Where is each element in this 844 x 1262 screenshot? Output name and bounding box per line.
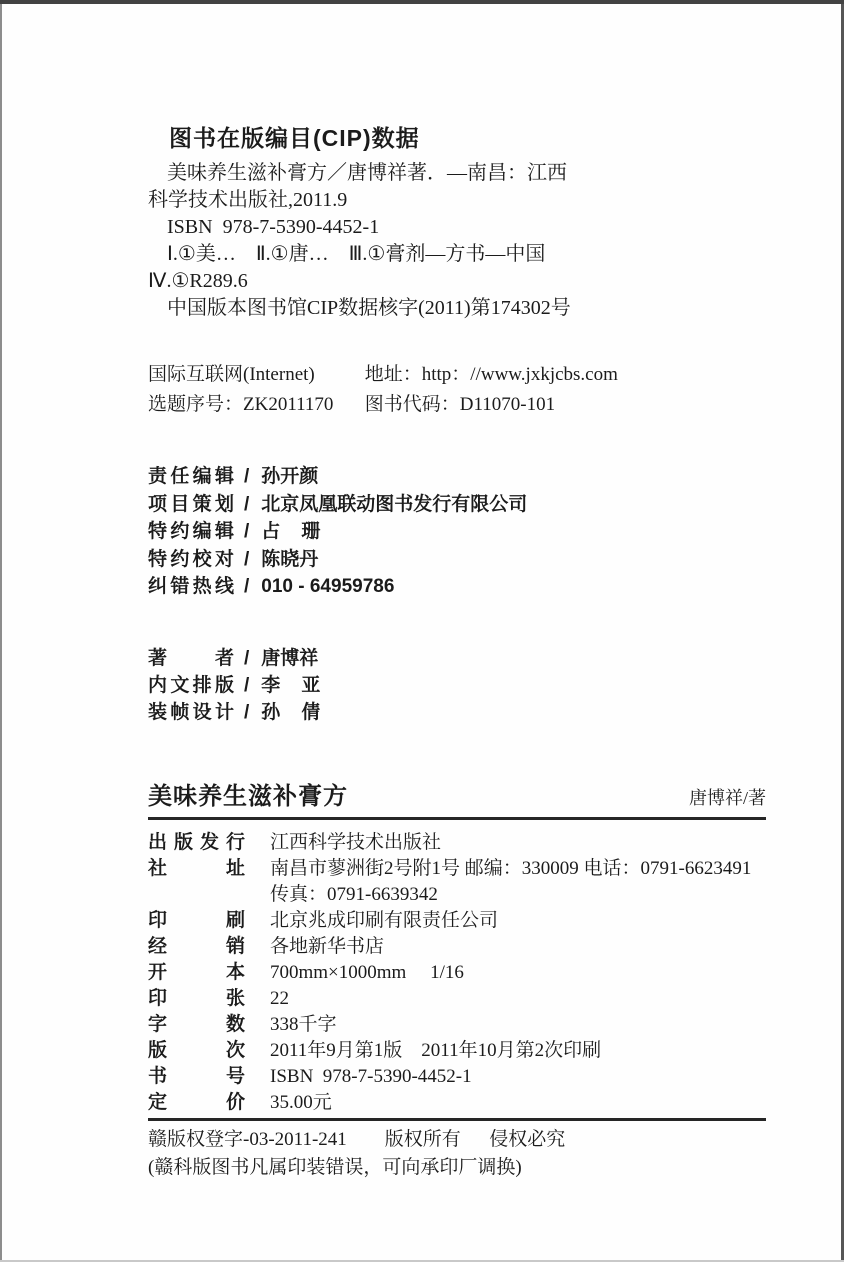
staff-value: 010 - 64959786 xyxy=(261,573,394,601)
cip-heading: 图书在版编目(CIP)数据 xyxy=(148,120,766,153)
cip-line: 美味养生滋补膏方／唐博祥著．—南昌：江西 xyxy=(148,160,766,187)
staff-value: 北京凤凰联动图书发行有限公司 xyxy=(261,491,527,519)
publication-value: 各地新华书店 xyxy=(270,934,766,960)
staff-label: 特约编辑 xyxy=(148,518,234,546)
cip-line: 科学技术出版社,2011.9 xyxy=(148,187,766,214)
cip-section: 美味养生滋补膏方／唐博祥著．—南昌：江西 科学技术出版社,2011.9 ISBN… xyxy=(148,160,766,322)
publication-value: 南昌市蓼洲街2号附1号 邮编：330009 电话：0791-6623491 xyxy=(270,858,751,879)
publication-value: ISBN 978-7-5390-4452-1 xyxy=(270,1064,766,1090)
publication-value: 北京兆成印刷有限责任公司 xyxy=(270,908,766,934)
credit-value: 李 亚 xyxy=(261,672,320,699)
scanned-copyright-page: { "document": { "slash": "/", "cip": { "… xyxy=(0,0,844,1262)
book-author: 唐博祥/著 xyxy=(689,784,766,810)
publication-label: 印张 xyxy=(148,986,245,1012)
staff-row: 项目策划 / 北京凤凰联动图书发行有限公司 xyxy=(148,491,766,519)
cip-line: 中国版本图书馆CIP数据核字(2011)第174302号 xyxy=(148,295,766,322)
publication-label: 社址 xyxy=(148,856,245,882)
slash-separator: / xyxy=(244,672,249,699)
cip-line: Ⅳ.①R289.6 xyxy=(148,268,766,295)
selection-number: 选题序号：ZK2011170 xyxy=(148,390,360,420)
publication-label: 开本 xyxy=(148,960,245,986)
staff-row: 特约校对 / 陈晓丹 xyxy=(148,546,766,574)
info-row: 选题序号：ZK2011170 图书代码：D11070-101 xyxy=(148,390,766,420)
book-code: 图书代码：D11070-101 xyxy=(365,394,555,415)
publication-row: 开本 700mm×1000mm 1/16 xyxy=(148,960,766,986)
publication-row: 字数 338千字 xyxy=(148,1012,766,1038)
publication-row: 版次 2011年9月第1版 2011年10月第2次印刷 xyxy=(148,1038,766,1064)
publication-label: 字数 xyxy=(148,1012,245,1038)
credit-value: 孙 倩 xyxy=(261,699,320,726)
divider-bottom xyxy=(148,1118,766,1121)
staff-value: 陈晓丹 xyxy=(261,546,318,574)
info-grid: 国际互联网(Internet) 地址：http：//www.jxkjcbs.co… xyxy=(148,360,766,420)
publication-row: 印刷 北京兆成印刷有限责任公司 xyxy=(148,908,766,934)
staff-row: 责任编辑 / 孙开颜 xyxy=(148,463,766,491)
staff-row: 特约编辑 / 占 珊 xyxy=(148,518,766,546)
credit-label: 著者 xyxy=(148,645,234,672)
reprint-note: (赣科版图书凡属印装错误，可向承印厂调换) xyxy=(148,1154,766,1182)
publication-row: 印张 22 xyxy=(148,986,766,1012)
website-address: 地址：http：//www.jxkjcbs.com xyxy=(365,364,618,385)
staff-label: 项目策划 xyxy=(148,491,234,519)
slash-separator: / xyxy=(244,491,249,519)
credit-row: 著者 / 唐博祥 xyxy=(148,645,766,672)
info-row: 国际互联网(Internet) 地址：http：//www.jxkjcbs.co… xyxy=(148,360,766,390)
publication-label: 书号 xyxy=(148,1064,245,1090)
slash-separator: / xyxy=(244,546,249,574)
credit-row: 装帧设计 / 孙 倩 xyxy=(148,699,766,726)
staff-value: 占 珊 xyxy=(261,518,320,546)
page-border-top xyxy=(0,0,844,4)
publication-row: 出版发行 江西科学技术出版社 xyxy=(148,830,766,856)
publication-value: 22 xyxy=(270,986,766,1012)
publication-label: 定价 xyxy=(148,1090,245,1116)
publication-row: 社址 南昌市蓼洲街2号附1号 邮编：330009 电话：0791-6623491… xyxy=(148,856,766,908)
page-border-left xyxy=(0,4,2,1262)
staff-row: 纠错热线 / 010 - 64959786 xyxy=(148,573,766,601)
title-bar: 美味养生滋补膏方 唐博祥/著 xyxy=(148,776,766,811)
publication-list: 出版发行 江西科学技术出版社 社址 南昌市蓼洲街2号附1号 邮编：330009 … xyxy=(148,830,766,1116)
credits-list: 著者 / 唐博祥 内文排版 / 李 亚 装帧设计 / 孙 倩 xyxy=(148,645,766,726)
credit-value: 唐博祥 xyxy=(261,645,318,672)
publication-label: 经销 xyxy=(148,934,245,960)
slash-separator: / xyxy=(244,573,249,601)
publication-label: 出版发行 xyxy=(148,830,245,856)
publication-value: 2011年9月第1版 2011年10月第2次印刷 xyxy=(270,1038,766,1064)
staff-value: 孙开颜 xyxy=(261,463,318,491)
staff-label: 特约校对 xyxy=(148,546,234,574)
publication-value: 35.00元 xyxy=(270,1090,766,1116)
staff-list: 责任编辑 / 孙开颜 项目策划 / 北京凤凰联动图书发行有限公司 特约编辑 / … xyxy=(148,463,766,601)
publication-value: 700mm×1000mm 1/16 xyxy=(270,960,766,986)
publication-row: 书号 ISBN 978-7-5390-4452-1 xyxy=(148,1064,766,1090)
slash-separator: / xyxy=(244,463,249,491)
slash-separator: / xyxy=(244,699,249,726)
cip-line: ISBN 978-7-5390-4452-1 xyxy=(148,214,766,241)
publication-value: 江西科学技术出版社 xyxy=(270,830,766,856)
credit-label: 装帧设计 xyxy=(148,699,234,726)
staff-label: 纠错热线 xyxy=(148,573,234,601)
slash-separator: / xyxy=(244,645,249,672)
publication-value-continuation: 传真：0791-6639342 xyxy=(270,884,438,905)
cip-line: Ⅰ.①美… Ⅱ.①唐… Ⅲ.①膏剂—方书—中国 xyxy=(148,241,766,268)
footer: 赣版权登字-03-2011-241 版权所有 侵权必究 (赣科版图书凡属印装错误… xyxy=(148,1126,766,1182)
publication-row: 经销 各地新华书店 xyxy=(148,934,766,960)
copyright-registration: 赣版权登字-03-2011-241 版权所有 侵权必究 xyxy=(148,1126,766,1154)
slash-separator: / xyxy=(244,518,249,546)
publication-label: 印刷 xyxy=(148,908,245,934)
book-title: 美味养生滋补膏方 xyxy=(148,776,348,811)
credit-label: 内文排版 xyxy=(148,672,234,699)
credit-row: 内文排版 / 李 亚 xyxy=(148,672,766,699)
publication-label: 版次 xyxy=(148,1038,245,1064)
divider-top xyxy=(148,817,766,820)
publication-value: 338千字 xyxy=(270,1012,766,1038)
publication-row: 定价 35.00元 xyxy=(148,1090,766,1116)
internet-label: 国际互联网(Internet) xyxy=(148,360,360,390)
staff-label: 责任编辑 xyxy=(148,463,234,491)
